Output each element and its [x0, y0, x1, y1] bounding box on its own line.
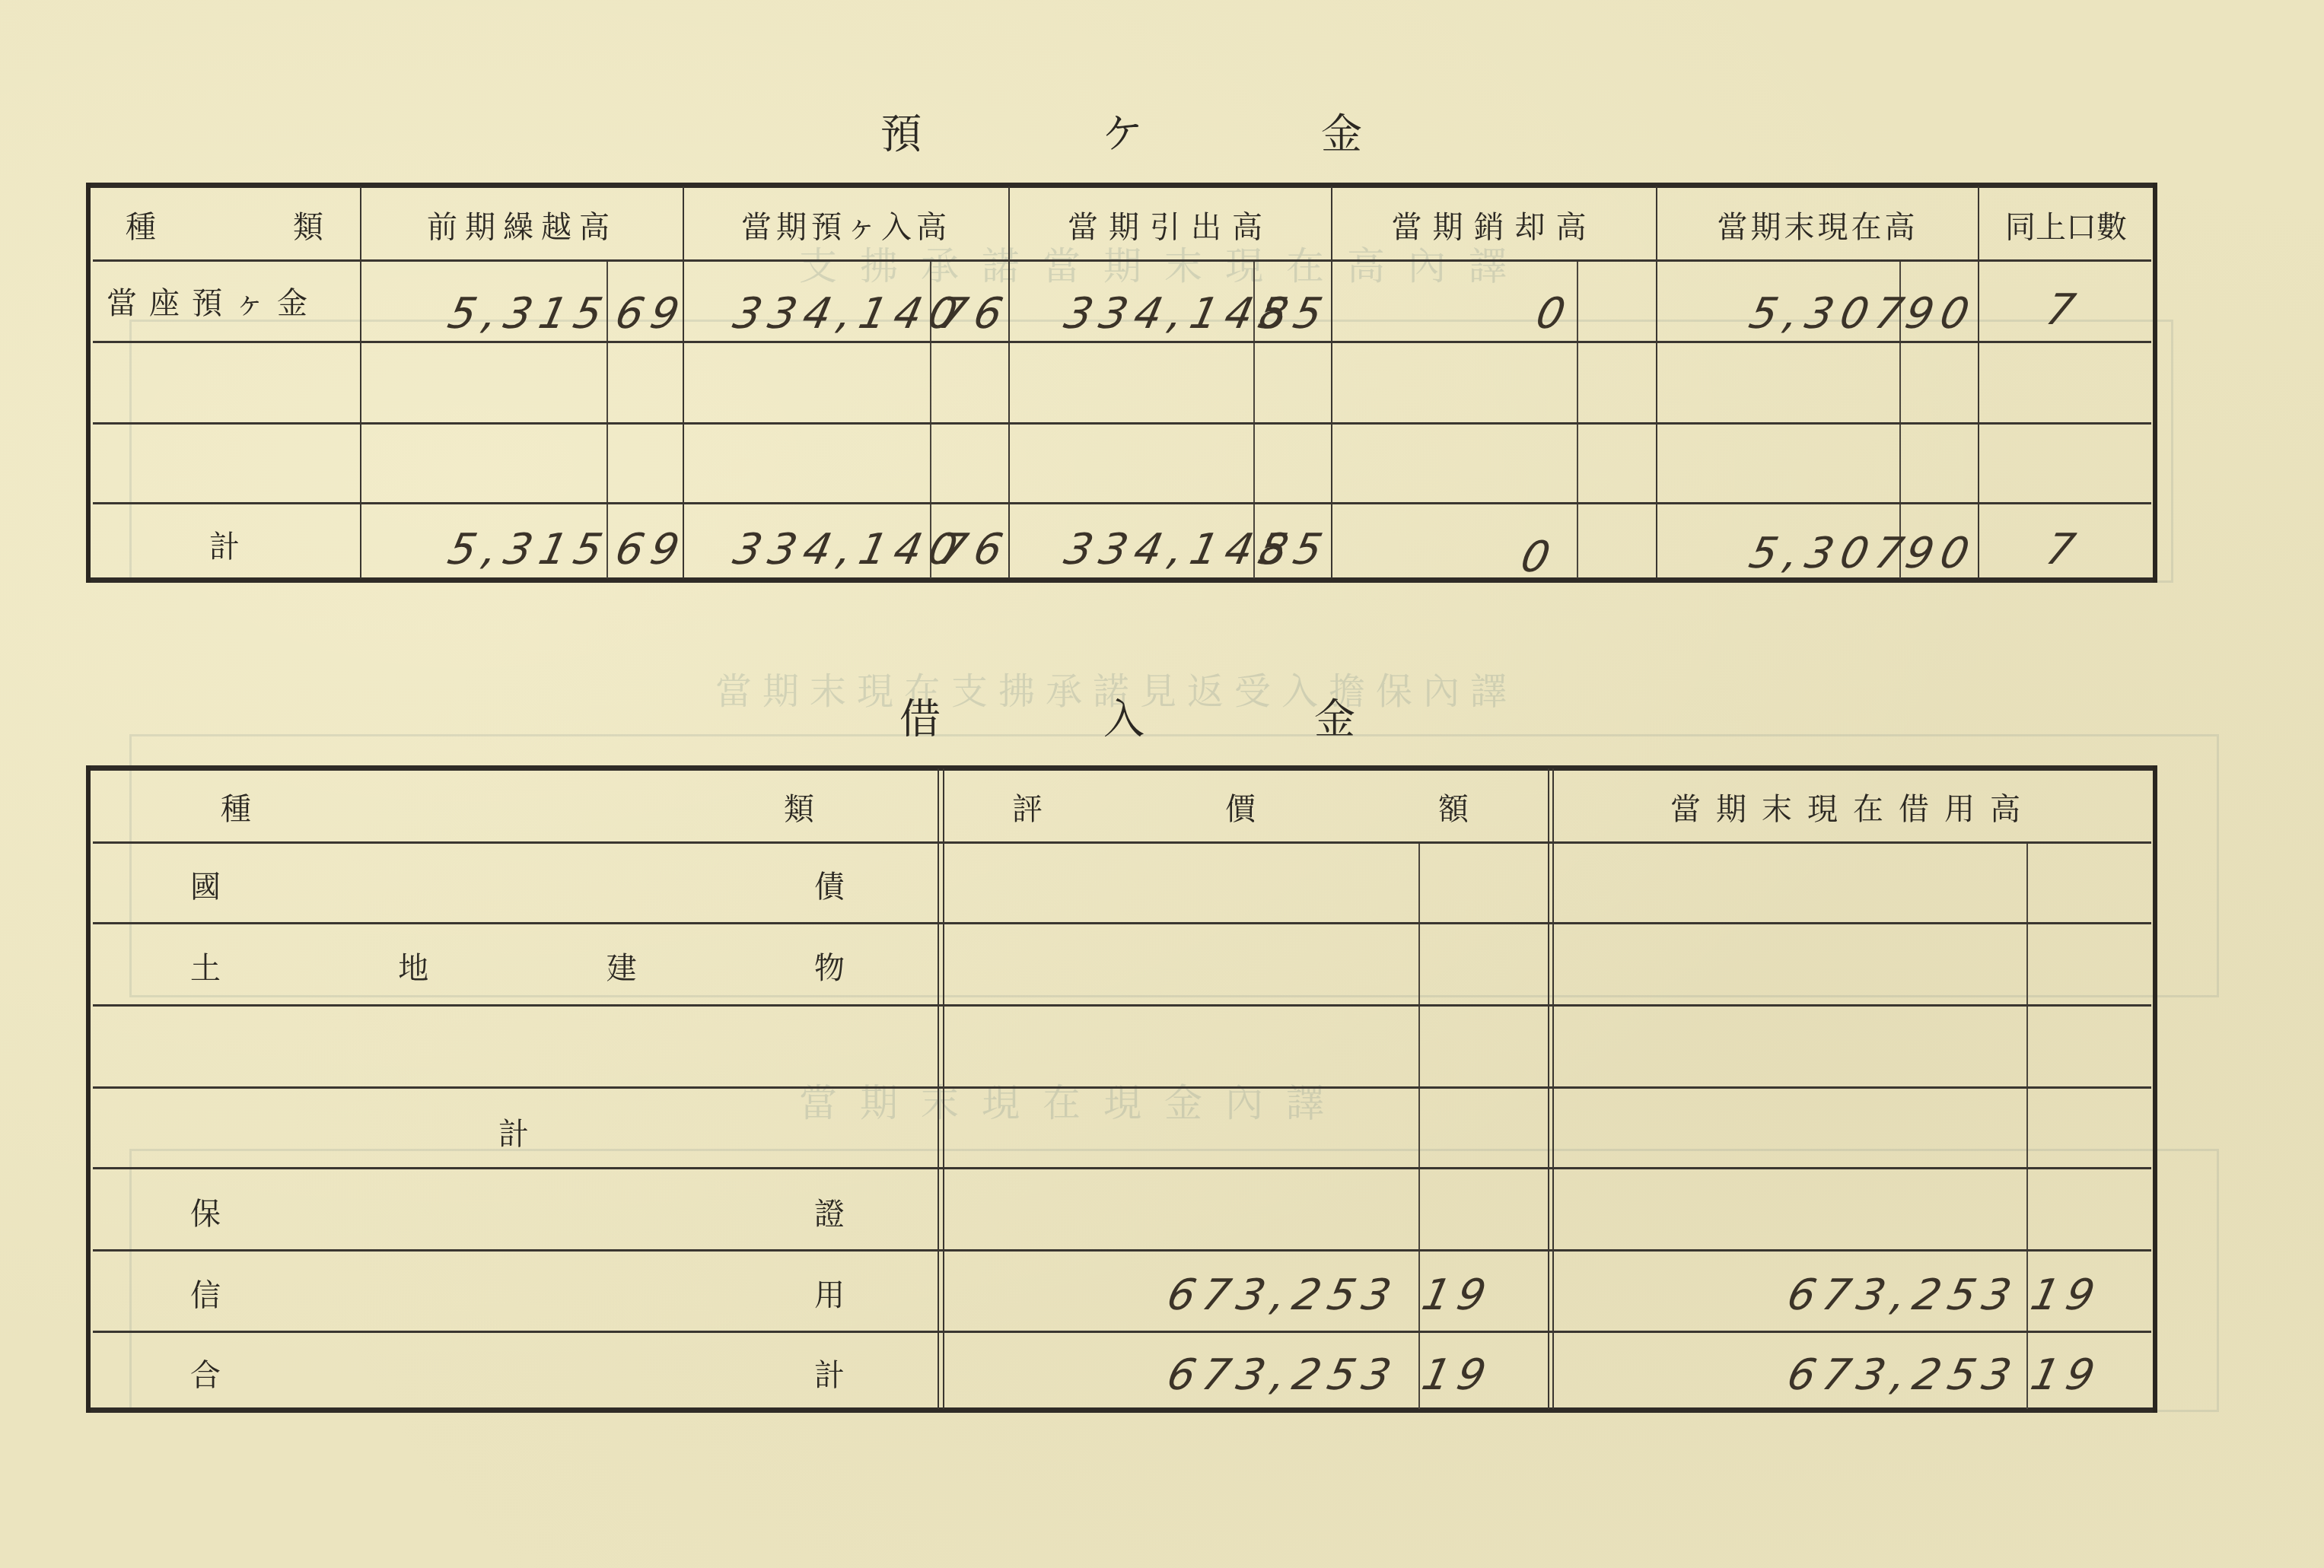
header-deposits-in: 當期預ヶ入高 — [683, 190, 1009, 259]
row-divider — [93, 502, 2151, 504]
row-divider — [93, 259, 2151, 262]
row-divider — [93, 341, 2151, 343]
grand-total-label: 合 計 — [190, 1337, 845, 1409]
row-type-label: 保 證 — [190, 1175, 845, 1248]
row-divider — [93, 922, 2151, 924]
table-border-bottom — [88, 577, 2157, 583]
total-deposits-in-sen: 76 — [934, 525, 1014, 574]
title-char: 金 — [1314, 687, 1355, 746]
header-period-end-borrowed: 當期末現在借用高 — [1552, 772, 2154, 841]
total-period-end-yen: 5,307 — [1745, 529, 1915, 578]
period-end-yen: 5,307 — [1745, 289, 1915, 339]
header-prev-carryover: 前期繰越高 — [361, 190, 683, 259]
prev-carryover-sen: 69 — [611, 289, 691, 339]
credit-borrowed-sen: 19 — [2026, 1271, 2106, 1320]
credit-borrowed-yen: 673,253 — [1783, 1271, 2023, 1320]
row-divider — [93, 1249, 2151, 1252]
header-appraised-value: 評 價 額 — [1012, 772, 1469, 841]
header-account-count: 同上口數 — [1979, 190, 2154, 259]
total-appraised-sen: 19 — [1418, 1350, 1498, 1400]
row-type-label: 土 地 建 物 — [190, 930, 845, 1002]
credit-appraised-sen: 19 — [1418, 1271, 1498, 1320]
row-divider — [93, 1086, 2151, 1089]
period-end-sen: 90 — [1901, 289, 1981, 339]
row-divider — [93, 422, 2151, 425]
header-type: 種 類 — [221, 772, 814, 841]
table-border-right — [2153, 765, 2157, 1413]
title-char: ケ — [1102, 102, 1143, 161]
header-period-end-balance: 當期末現在高 — [1657, 190, 1979, 259]
column-divider — [938, 768, 939, 1409]
sen-divider — [1577, 260, 1578, 578]
total-period-end-sen: 90 — [1901, 529, 1981, 578]
column-divider — [1548, 768, 1549, 1409]
withdrawals-sen: 55 — [1254, 289, 1334, 339]
deposits-in-sen: 76 — [934, 289, 1014, 339]
sen-divider — [1418, 843, 1420, 1409]
header-written-off: 當期銷却高 — [1332, 190, 1657, 259]
total-borrowed-sen: 19 — [2026, 1350, 2106, 1400]
row-divider — [93, 1004, 2151, 1007]
table-border-top — [88, 765, 2157, 771]
row-type-label: 國 債 — [190, 848, 845, 921]
title-char: 金 — [1321, 102, 1362, 161]
total-borrowed-yen: 673,253 — [1783, 1350, 2023, 1400]
row-divider — [93, 1331, 2151, 1333]
total-label: 計 — [88, 510, 361, 578]
total-prev-carryover-sen: 69 — [611, 525, 691, 574]
title-char: 入 — [1103, 687, 1144, 746]
row-type-label: 當座預ヶ金 — [107, 266, 358, 335]
title-char: 借 — [899, 687, 941, 746]
header-withdrawals: 當期引出高 — [1009, 190, 1332, 259]
prev-carryover-yen: 5,315 — [444, 289, 614, 339]
total-withdrawals-sen: 55 — [1254, 525, 1334, 574]
title-char: 預 — [880, 102, 922, 161]
credit-appraised-yen: 673,253 — [1163, 1271, 1402, 1320]
sen-divider — [2026, 843, 2028, 1409]
total-prev-carryover-yen: 5,315 — [444, 525, 614, 574]
deposits-in-yen: 334,140 — [729, 289, 969, 339]
subtotal-label: 計 — [88, 1096, 940, 1168]
row-type-label: 信 用 — [190, 1257, 845, 1329]
row-divider — [93, 841, 2151, 844]
column-divider — [1552, 768, 1554, 1409]
table-border-left — [86, 765, 91, 1413]
column-divider — [943, 768, 944, 1409]
total-deposits-in-yen: 334,140 — [729, 525, 969, 574]
table-border-top — [88, 183, 2157, 188]
header-type: 種 類 — [126, 190, 323, 259]
total-appraised-yen: 673,253 — [1163, 1350, 1402, 1400]
